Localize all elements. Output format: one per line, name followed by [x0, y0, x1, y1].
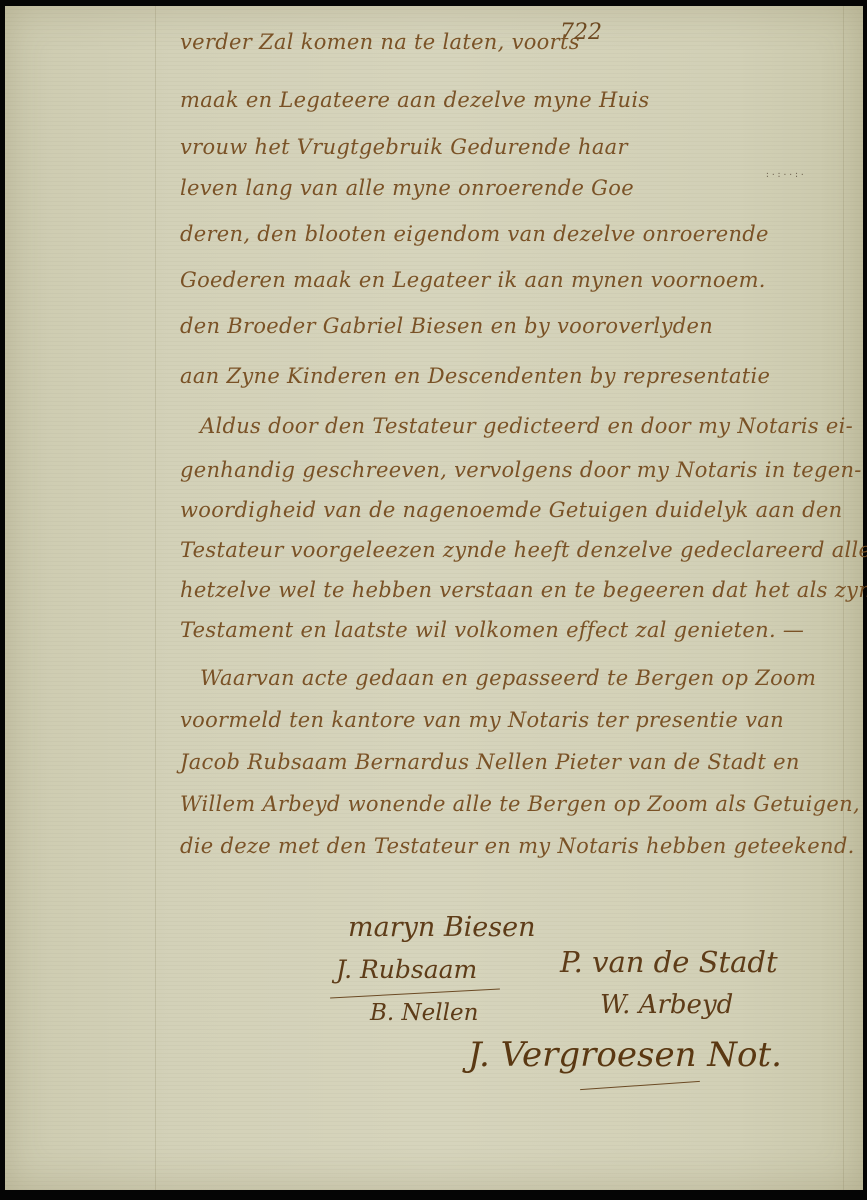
text-line: voormeld ten kantore van my Notaris ter … — [180, 708, 784, 732]
text-line: Goederen maak en Legateer ik aan mynen v… — [180, 268, 766, 292]
text-line: hetzelve wel te hebben verstaan en te be… — [180, 578, 867, 602]
text-line: Testament en laatste wil volkomen effect… — [180, 618, 804, 642]
signature-notary: J. Vergroesen Not. — [468, 1035, 782, 1075]
signature-witness: W. Arbeyd — [600, 990, 733, 1020]
signature-witness: P. van de Stadt — [560, 945, 778, 979]
scan-background: 722 :·:··:· verder Zal komen na te laten… — [0, 0, 867, 1200]
paper-fold-line — [155, 6, 156, 1190]
text-line: Testateur voorgeleezen zynde heeft denze… — [180, 538, 867, 562]
text-line: deren, den blooten eigendom van dezelve … — [180, 222, 769, 246]
signature-witness: J. Rubsaam — [336, 955, 477, 984]
text-line: den Broeder Gabriel Biesen en by voorove… — [180, 314, 713, 338]
text-line: Aldus door den Testateur gedicteerd en d… — [200, 414, 853, 438]
text-line: aan Zyne Kinderen en Descendenten by rep… — [180, 364, 770, 388]
signature-witness: B. Nellen — [370, 1000, 478, 1026]
text-line: Jacob Rubsaam Bernardus Nellen Pieter va… — [180, 750, 800, 774]
text-line: die deze met den Testateur en my Notaris… — [180, 834, 855, 858]
text-line: leven lang van alle myne onroerende Goe — [180, 176, 634, 200]
text-line: Willem Arbeyd wonende alle te Bergen op … — [180, 792, 860, 816]
text-line: vrouw het Vrugtgebruik Gedurende haar — [180, 135, 628, 159]
text-line: woordigheid van de nagenoemde Getuigen d… — [180, 498, 842, 522]
text-line: maak en Legateere aan dezelve myne Huis — [180, 88, 649, 112]
ink-smudge: :·:··:· — [765, 170, 806, 179]
text-line: verder Zal komen na te laten, voorts — [180, 30, 580, 54]
text-line: Waarvan acte gedaan en gepasseerd te Ber… — [200, 666, 816, 690]
text-line: genhandig geschreeven, vervolgens door m… — [180, 458, 862, 482]
signature-testator: maryn Biesen — [348, 912, 536, 943]
